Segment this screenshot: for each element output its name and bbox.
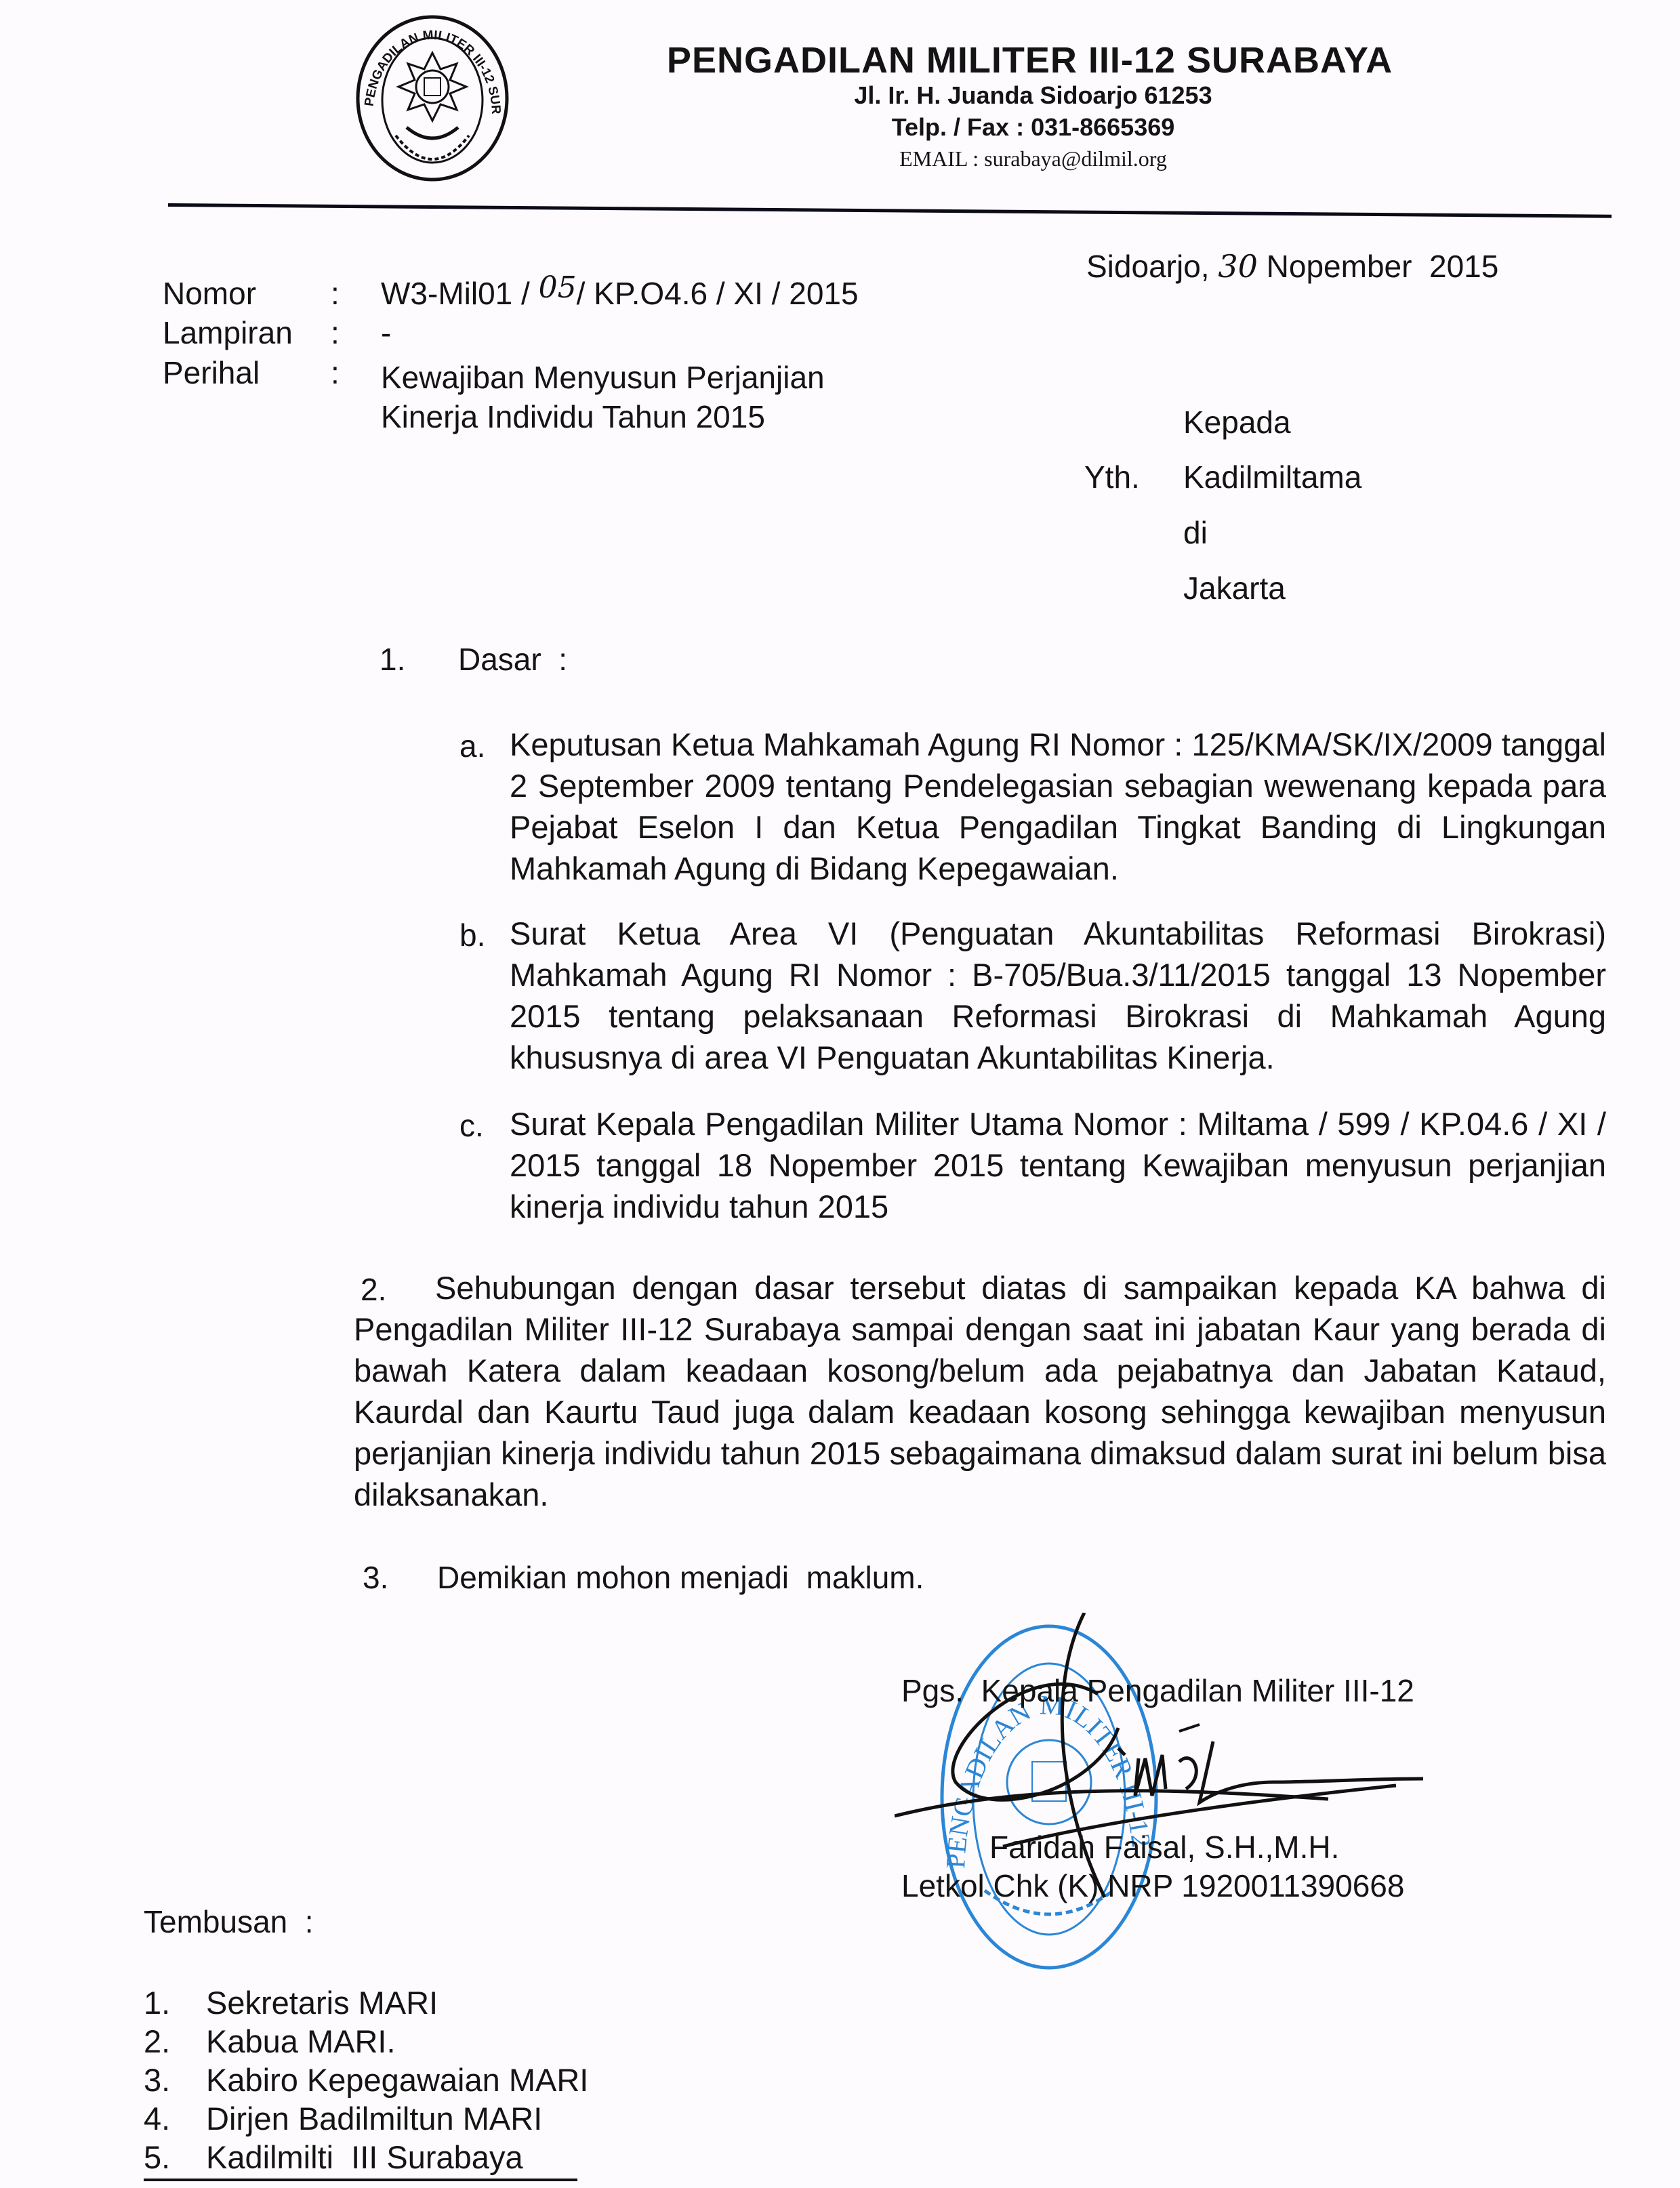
item-b-letter: b.	[459, 920, 485, 951]
nomor-value: W3-Mil01 / 05/ KP.O4.6 / XI / 2015	[381, 278, 859, 310]
lampiran-colon: :	[331, 317, 340, 348]
lampiran-label: Lampiran	[163, 317, 293, 348]
tembusan-underline	[144, 2179, 577, 2181]
recipient-name: Kadilmiltama	[1183, 461, 1361, 493]
nomor-handwritten: 05	[539, 270, 577, 305]
item-b-text: Surat Ketua Area VI (Penguatan Akuntabil…	[510, 913, 1606, 1078]
point-2-text: Sehubungan dengan dasar tersebut diatas …	[354, 1267, 1606, 1515]
letterhead-divider	[168, 203, 1612, 218]
perihal-line-2: Kinerja Individu Tahun 2015	[381, 401, 765, 432]
perihal-line-1: Kewajiban Menyusun Perjanjian	[381, 362, 825, 393]
institution-name: PENGADILAN MILITER III-12 SURABAYA	[0, 39, 1680, 81]
handwritten-signature-icon	[895, 1613, 1450, 1965]
tembusan-item: 5.Kadilmilti III Surabaya	[144, 2141, 523, 2173]
point-1-title: Dasar :	[458, 644, 567, 675]
nomor-suffix: / KP.O4.6 / XI / 2015	[577, 276, 859, 311]
nomor-label: Nomor	[163, 278, 256, 309]
item-c-text: Surat Kepala Pengadilan Militer Utama No…	[510, 1103, 1606, 1227]
nomor-prefix: W3-Mil01 /	[381, 276, 530, 311]
item-a-letter: a.	[459, 730, 485, 762]
institution-phone: Telp. / Fax : 031-8665369	[0, 113, 1680, 142]
perihal-colon: :	[331, 357, 340, 388]
point-1-number: 1.	[380, 644, 405, 675]
nomor-colon: :	[331, 278, 340, 309]
signatory-rank-nrp: Letkol Chk (K) NRP 1920011390668	[901, 1870, 1404, 1901]
institution-email: EMAIL : surabaya@dilmil.org	[0, 146, 1680, 171]
tembusan-title: Tembusan :	[144, 1906, 314, 1937]
signatory-name: Faridah Faisal, S.H.,M.H.	[989, 1832, 1339, 1863]
recipient-di: di	[1183, 517, 1208, 548]
recipient-city: Jakarta	[1183, 573, 1286, 604]
item-c-letter: c.	[459, 1110, 484, 1141]
point-3-number: 3.	[363, 1562, 388, 1593]
point-3-text: Demikian mohon menjadi maklum.	[437, 1562, 924, 1593]
lampiran-value: -	[381, 317, 391, 348]
letter-date: Sidoarjo, 30 Nopember 2015	[1086, 251, 1498, 282]
recipient-yth: Yth.	[1084, 461, 1140, 493]
recipient-kepada: Kepada	[1183, 407, 1291, 438]
item-a-text: Keputusan Ketua Mahkamah Agung RI Nomor …	[510, 724, 1606, 889]
date-place: Sidoarjo,	[1086, 249, 1210, 284]
perihal-label: Perihal	[163, 357, 260, 388]
tembusan-item: 4.Dirjen Badilmiltun MARI	[144, 2103, 542, 2134]
tembusan-item: 1.Sekretaris MARI	[144, 1987, 438, 2019]
tembusan-item: 3.Kabiro Kepegawaian MARI	[144, 2064, 588, 2096]
tembusan-item: 2.Kabua MARI.	[144, 2025, 396, 2057]
date-day-handwritten: 30	[1218, 248, 1258, 285]
date-month-year: Nopember 2015	[1267, 249, 1499, 284]
institution-address: Jl. Ir. H. Juanda Sidoarjo 61253	[0, 81, 1680, 110]
